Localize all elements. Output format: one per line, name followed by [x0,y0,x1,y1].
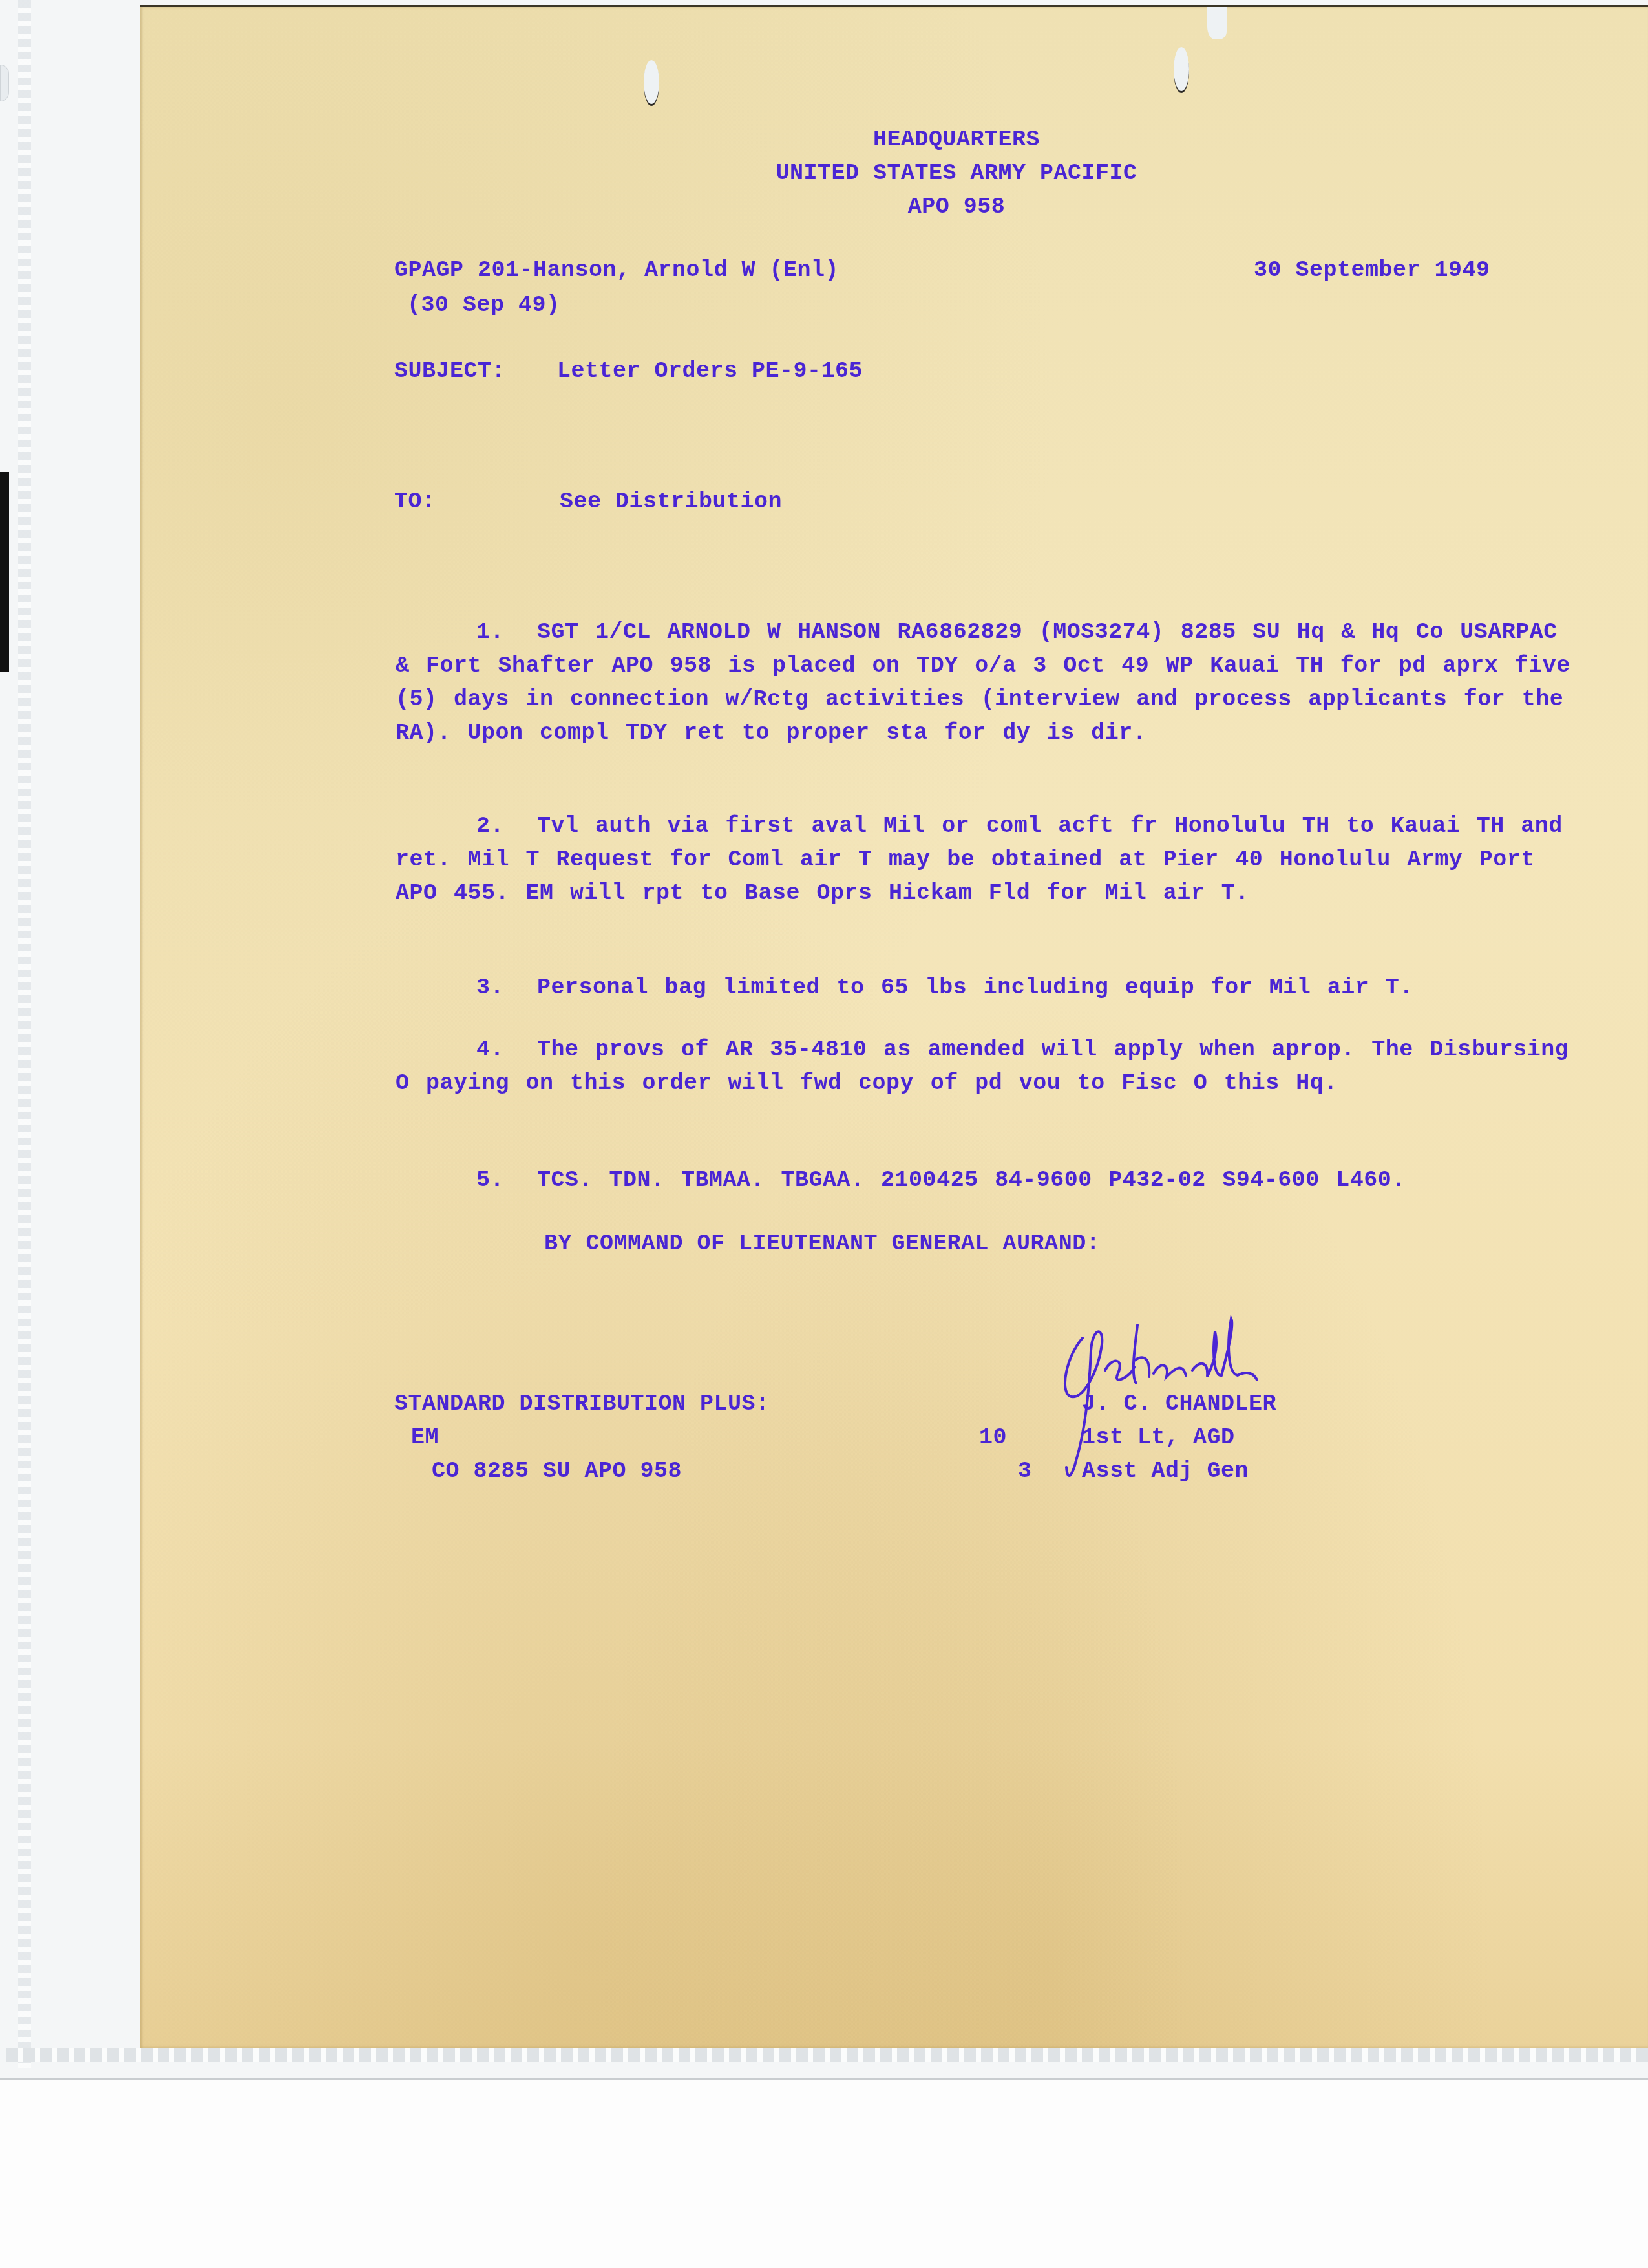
distribution-heading: STANDARD DISTRIBUTION PLUS: [394,1387,770,1421]
paragraph-2-text: Tvl auth via first aval Mil or coml acft… [396,813,1563,906]
paragraph-4-text: The provs of AR 35-4810 as amended will … [396,1037,1569,1096]
paragraph-3-number: 3. [476,975,504,1001]
distribution-item-label: CO 8285 SU APO 958 [432,1454,682,1488]
paragraph-3: 3. Personal bag limited to 65 lbs includ… [396,971,1572,1004]
signer-name: J. C. CHANDLER [1082,1387,1276,1421]
paragraph-1-text: SGT 1/CL ARNOLD W HANSON RA6862829 (MOS3… [396,619,1570,746]
paragraph-2-number: 2. [476,813,504,839]
letter-orders-page [140,5,1648,2048]
distribution-item-label: EM [411,1421,439,1454]
punch-hole-right [1174,47,1189,91]
to-label: TO: [394,485,436,518]
paragraph-3-text: Personal bag limited to 65 lbs including… [537,975,1413,1001]
subject-value: Letter Orders PE-9-165 [557,354,863,388]
sleeve-perforation-vertical [18,0,31,2068]
document-date: 30 September 1949 [1254,253,1490,287]
binder-label-strip [0,472,9,672]
sleeve-punch-hole [0,65,9,101]
paragraph-5-number: 5. [476,1167,504,1193]
header-line-1: HEADQUARTERS [582,123,1331,156]
header-line-2: UNITED STATES ARMY PACIFIC [582,156,1331,190]
to-value: See Distribution [560,485,782,518]
sleeve-perforation-horizontal [6,2048,1648,2062]
file-reference-line-2: (30 Sep 49) [407,288,560,322]
punch-hole-left [644,60,659,104]
paragraph-4-number: 4. [476,1037,504,1063]
command-line: BY COMMAND OF LIEUTENANT GENERAL AURAND: [544,1227,1100,1260]
file-reference-line-1: GPAGP 201-Hanson, Arnold W (Enl) [394,253,839,287]
signer-title: Asst Adj Gen [1082,1454,1249,1488]
paragraph-1: 1. SGT 1/CL ARNOLD W HANSON RA6862829 (M… [396,615,1572,750]
paragraph-1-number: 1. [476,619,504,645]
header-line-3: APO 958 [582,190,1331,224]
signer-rank: 1st Lt, AGD [1082,1421,1235,1454]
paragraph-5: 5. TCS. TDN. TBMAA. TBGAA. 2100425 84-96… [396,1163,1611,1197]
distribution-item-count: 3 [1018,1454,1032,1488]
paragraph-4: 4. The provs of AR 35-4810 as amended wi… [396,1033,1572,1100]
paper-tear [1207,7,1227,39]
distribution-item-count: 10 [979,1421,1007,1454]
paragraph-5-text: TCS. TDN. TBMAA. TBGAA. 2100425 84-9600 … [537,1167,1406,1193]
subject-label: SUBJECT: [394,354,505,388]
paragraph-2: 2. Tvl auth via first aval Mil or coml a… [396,809,1572,910]
